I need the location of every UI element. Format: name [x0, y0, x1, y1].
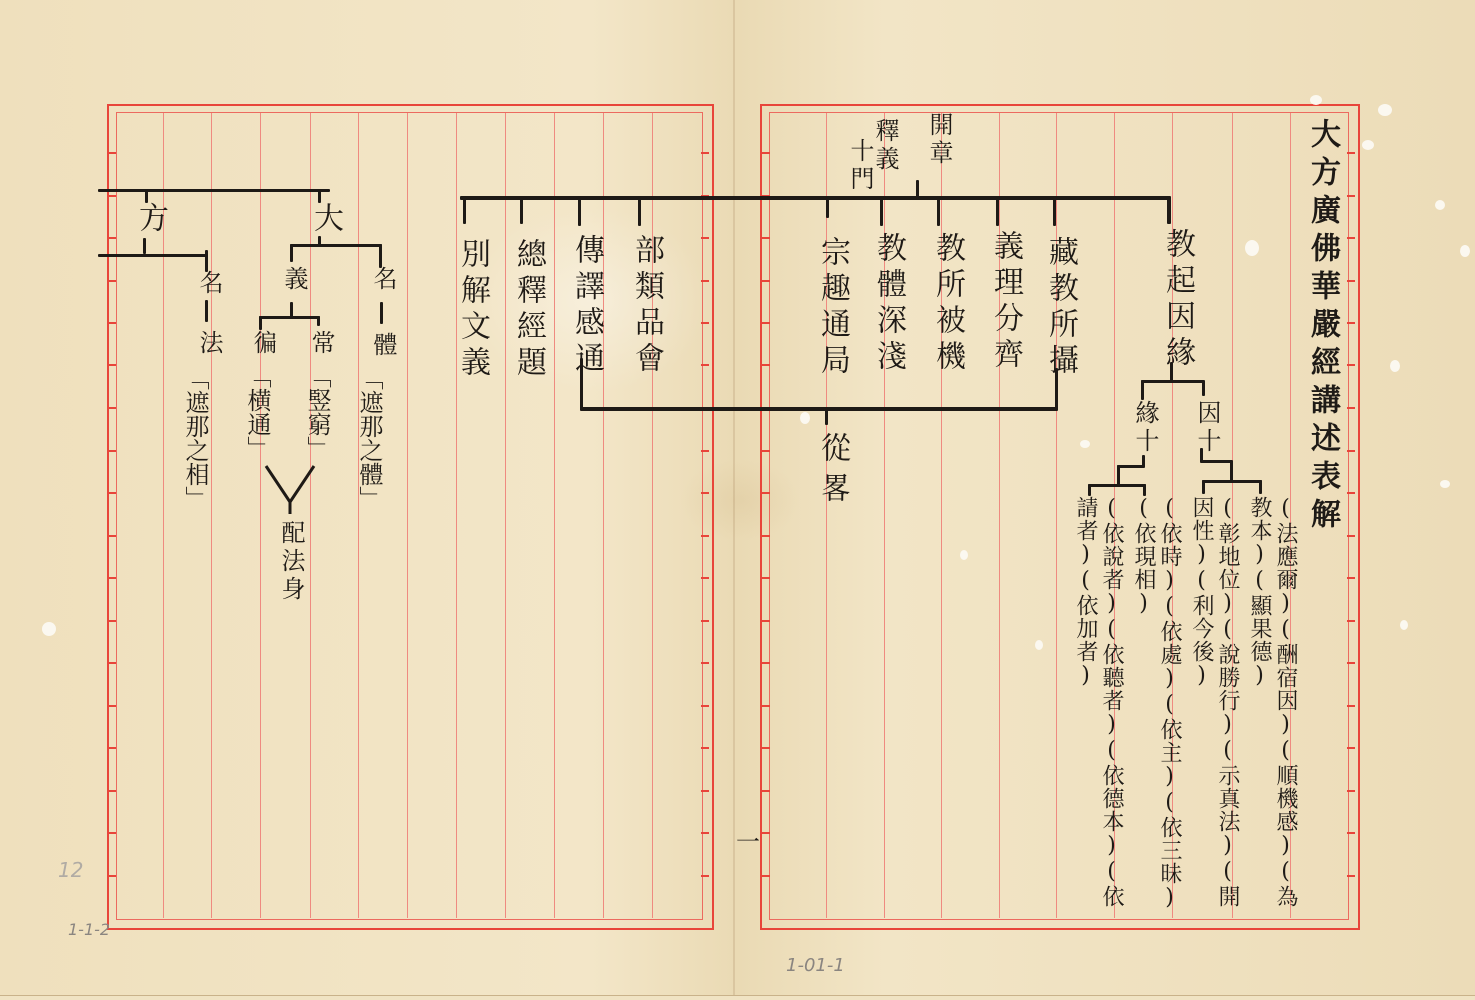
gate-9-zongshi-jingti: 總釋經題	[506, 238, 550, 382]
gate-6-zongqu-tongju: 宗趣通局	[810, 236, 854, 380]
label-cause-ten: 因十	[1190, 400, 1225, 456]
center-fold	[733, 0, 735, 995]
gate-7-bulei-pinhui: 部類品會	[624, 234, 668, 378]
document-title: 大方廣佛華嚴經講述表解	[1300, 118, 1344, 536]
note-conglue: 從畧	[810, 432, 854, 512]
da-chang: 常	[304, 330, 339, 358]
label-kaishou: 開章	[922, 112, 957, 168]
gate-3-yili-fenqi: 義理分齊	[983, 230, 1027, 374]
merge-arrow-icon	[262, 462, 320, 518]
pencil-mark-center: 1-01-1	[786, 955, 845, 976]
left-page-inner-frame	[116, 112, 703, 920]
condition-items-col1: (依時)(依處)(依主)(依三昧)(依現相)	[1130, 496, 1182, 926]
gate-8-chuanyi-gantong: 傳譯感通	[564, 234, 608, 378]
da-chang-note: 「竪窮」	[300, 364, 335, 460]
label-fang: 方	[128, 202, 172, 238]
fang-ming-value: 法	[192, 330, 227, 358]
cause-items-col1: (法應爾)(酬宿因)(順機感)(為教本)(顯果德)	[1246, 496, 1298, 926]
gate-2-zangjiao-suoshe: 藏教所攝	[1038, 236, 1082, 380]
label-da: 大	[303, 202, 347, 238]
fang-ming-label: 名	[192, 270, 227, 298]
condition-items-col2: (依說者)(依聽者)(依德本)(依請者)(依加者)	[1072, 496, 1124, 926]
pencil-mark-left: 1-1-2	[68, 920, 110, 939]
fang-ming-note: 「遮那之相」	[178, 366, 213, 510]
pencil-mark-faint: 12	[58, 858, 83, 882]
da-bian: 徧	[246, 330, 281, 358]
gate-10-biejie-wenyi: 別解文義	[450, 238, 494, 382]
cause-items-col2: (彰地位)(說勝行)(示真法)(開因性)(利今後)	[1188, 496, 1240, 926]
label-condition-ten: 緣十	[1128, 400, 1163, 456]
gate-1-jiaoqi-yinyuan: 教起因緣	[1155, 228, 1199, 372]
da-ming-value: 體	[366, 332, 401, 360]
da-merge-note: 配法身	[274, 520, 309, 604]
da-bian-note: 「横通」	[240, 364, 275, 460]
label-jumon: 十門	[843, 138, 878, 194]
center-page-mark: 一	[736, 822, 760, 857]
da-yi-label: 義	[277, 266, 312, 294]
da-ming-label: 名	[366, 266, 401, 294]
gate-5-jiaoti-shenqian: 教體深淺	[866, 232, 910, 376]
gate-4-jiaosuo-beiji: 教所被機	[925, 232, 969, 376]
da-ming-note: 「遮那之體」	[352, 366, 387, 510]
